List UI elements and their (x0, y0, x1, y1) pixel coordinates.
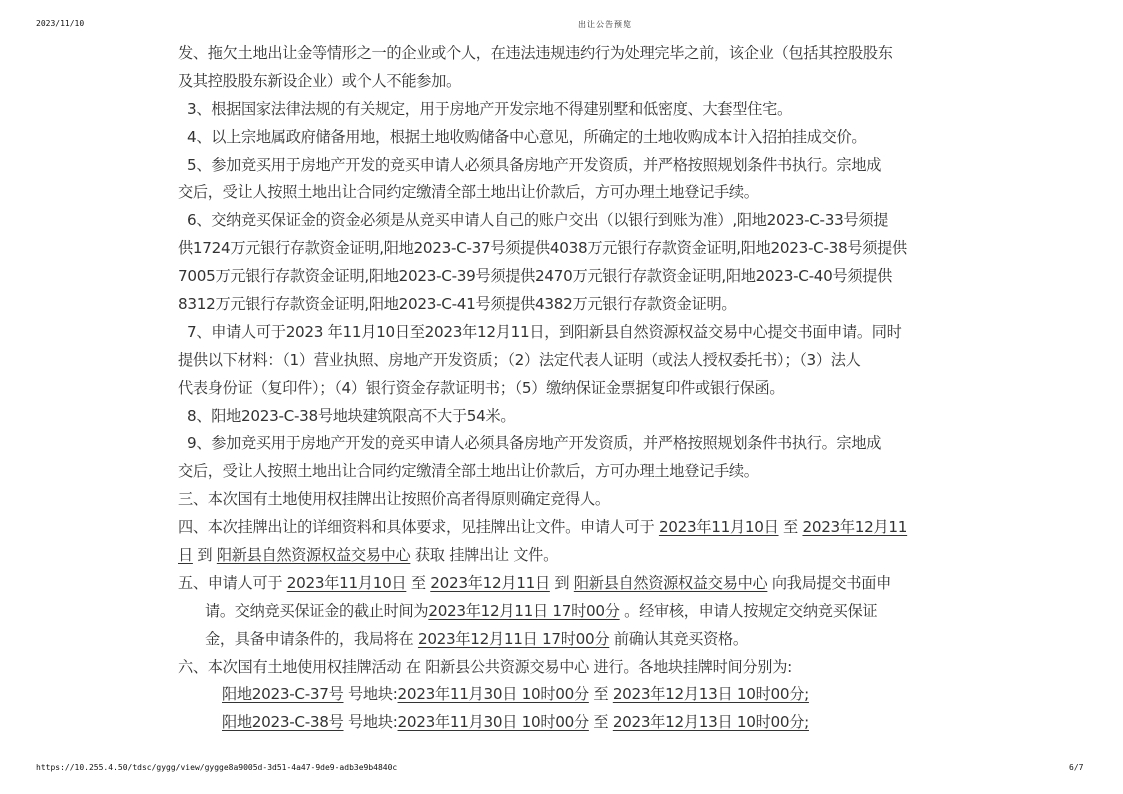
section-5: 五、申请人可于 2023年11月10日 至 2023年12月11日 到 阳新县自… (178, 570, 950, 598)
date-end: 2023年12月11 (802, 518, 907, 536)
section-4-cont: 日 到 阳新县自然资源权益交易中心 获取 挂牌出让 文件。 (178, 542, 950, 570)
section-5-cont: 请。交纳竞买保证金的截止时间为2023年12月11日 17时00分 。经审核，申… (178, 598, 950, 626)
section-6: 六、本次国有土地使用权挂牌活动 在 阳新县公共资源交易中心 进行。各地块挂牌时间… (178, 654, 950, 682)
date-end: 2023年12月11日 (430, 574, 550, 592)
listing-start: 2023年11月30日 10时00分 (398, 685, 589, 703)
item-7-cont: 提供以下材料：（1）营业执照、房地产开发资质；（2）法定代表人证明（或法人授权委… (178, 347, 950, 375)
text: 前确认其竞买资格。 (609, 630, 748, 648)
text: 至 (406, 574, 430, 592)
date-start: 2023年11月10日 (659, 518, 779, 536)
item-5: 5、参加竞买用于房地产开发的竞买申请人必须具备房地产开发资质，并严格按照规划条件… (178, 152, 950, 180)
item-6-cont: 8312万元银行存款资金证明,阳地2023-C-41号须提供4382万元银行存款… (178, 291, 950, 319)
text: 号地块: (344, 713, 398, 731)
parcel-schedule-row: 阳地2023-C-38号 号地块:2023年11月30日 10时00分 至 20… (178, 709, 950, 737)
section-5-cont: 金，具备申请条件的，我局将在 2023年12月11日 17时00分 前确认其竞买… (178, 626, 950, 654)
text: 获取 挂牌出让 文件。 (410, 546, 558, 564)
parcel-id: 阳地2023-C-38号 (222, 713, 344, 731)
item-7: 7、申请人可于2023 年11月10日至2023年12月11日，到阳新县自然资源… (178, 319, 950, 347)
item-6-cont: 7005万元银行存款资金证明,阳地2023-C-39号须提供2470万元银行存款… (178, 263, 950, 291)
parcel-schedule-row: 阳地2023-C-37号 号地块:2023年11月30日 10时00分 至 20… (178, 681, 950, 709)
exchange-center: 阳新县自然资源权益交易中心 (574, 574, 768, 592)
print-date: 2023/11/10 (36, 19, 84, 28)
text: 至 (589, 685, 613, 703)
item-6-cont: 供1724万元银行存款资金证明,阳地2023-C-37号须提供4038万元银行存… (178, 235, 950, 263)
text: 。经审核，申请人按规定交纳竞买保证 (620, 602, 878, 620)
item-4: 4、以上宗地属政府储备用地，根据土地收购储备中心意见，所确定的土地收购成本计入招… (178, 124, 950, 152)
text: 金，具备申请条件的，我局将在 (205, 630, 418, 648)
item-7-cont: 代表身份证（复印件）；（4）银行资金存款证明书；（5）缴纳保证金票据复印件或银行… (178, 375, 950, 403)
item-8: 8、阳地2023-C-38号地块建筑限高不大于54米。 (178, 403, 950, 431)
item-6: 6、交纳竞买保证金的资金必须是从竞买申请人自己的账户交出（以银行到账为准）,阳地… (178, 207, 950, 235)
page-number: 6/7 (1069, 763, 1083, 772)
text: 五、申请人可于 (178, 574, 287, 592)
text: 到 (550, 574, 574, 592)
deposit-deadline: 2023年12月11日 17时00分 (428, 602, 619, 620)
paragraph-line: 及其控股股东新设企业）或个人不能参加。 (178, 68, 950, 96)
text: 请。交纳竞买保证金的截止时间为 (205, 602, 428, 620)
text: 向我局提交书面申 (767, 574, 891, 592)
section-3: 三、本次国有土地使用权挂牌出让按照价高者得原则确定竞得人。 (178, 486, 950, 514)
item-5-cont: 交后，受让人按照土地出让合同约定缴清全部土地出让价款后，方可办理土地登记手续。 (178, 179, 950, 207)
exchange-center: 阳新县自然资源权益交易中心 (217, 546, 411, 564)
listing-end: 2023年12月13日 10时00分; (613, 713, 809, 731)
listing-end: 2023年12月13日 10时00分; (613, 685, 809, 703)
text: 号地块: (344, 685, 398, 703)
text: 四、本次挂牌出让的详细资料和具体要求，见挂牌出让文件。申请人可于 (178, 518, 659, 536)
text: 至 (779, 518, 803, 536)
listing-start: 2023年11月30日 10时00分 (398, 713, 589, 731)
parcel-id: 阳地2023-C-37号 (222, 685, 344, 703)
date-start: 2023年11月10日 (287, 574, 407, 592)
text: 到 (193, 546, 217, 564)
text: 至 (589, 713, 613, 731)
section-4: 四、本次挂牌出让的详细资料和具体要求，见挂牌出让文件。申请人可于 2023年11… (178, 514, 950, 542)
item-9: 9、参加竞买用于房地产开发的竞买申请人必须具备房地产开发资质，并严格按照规划条件… (178, 430, 950, 458)
paragraph-line: 发、拖欠土地出让金等情形之一的企业或个人，在违法违规违约行为处理完毕之前，该企业… (178, 40, 950, 68)
date-end-cont: 日 (178, 546, 193, 564)
announcement-body: 发、拖欠土地出让金等情形之一的企业或个人，在违法违规违约行为处理完毕之前，该企业… (178, 40, 950, 737)
page-url: https://10.255.4.50/tdsc/gygg/view/gygge… (36, 763, 397, 772)
item-9-cont: 交后，受让人按照土地出让合同约定缴清全部土地出让价款后，方可办理土地登记手续。 (178, 458, 950, 486)
confirm-time: 2023年12月11日 17时00分 (418, 630, 609, 648)
page-title: 出让公告预览 (578, 19, 632, 30)
item-3: 3、根据国家法律法规的有关规定，用于房地产开发宗地不得建别墅和低密度、大套型住宅… (178, 96, 950, 124)
